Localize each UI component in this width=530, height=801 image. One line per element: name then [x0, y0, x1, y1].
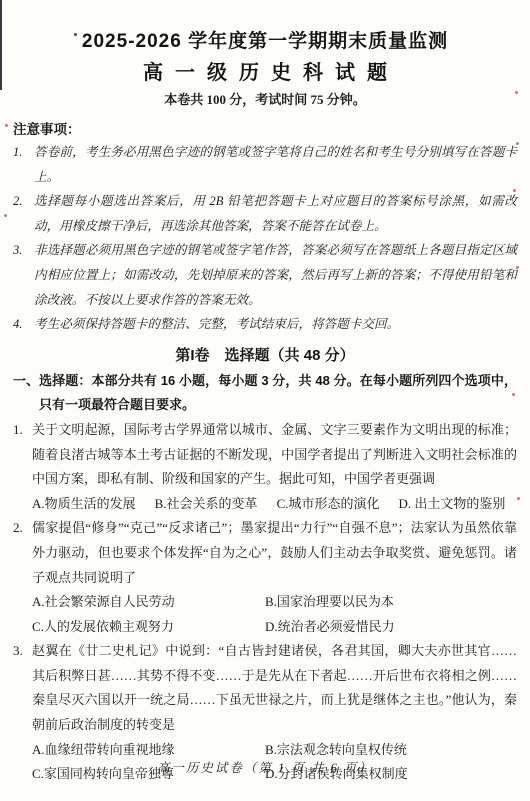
notice-item: 1. 答卷前，考生务必用黑色字迹的钢笔或签字笔将自己的姓名和考生号分别填写在答题… — [13, 140, 517, 189]
notice-item: 3. 非选择题必须用黑色字迹的钢笔或签字笔作答，答案必须写在答题纸上各题目指定区… — [13, 238, 517, 312]
notice-item-text: 非选择题必须用黑色字迹的钢笔或签字笔作答，答案必须写在答题纸上各题目指定区域内相… — [34, 238, 517, 312]
option-b: B.国家治理要以民为本 — [265, 590, 517, 615]
option-d: D. 出土文物的鉴别 — [398, 492, 505, 517]
scan-speck — [516, 142, 519, 145]
option-a: A.物质生活的发展 — [32, 492, 136, 517]
page-footer: 高一历史试卷（第 1 页 共 6 页） — [0, 758, 530, 776]
scan-speck — [74, 33, 77, 36]
scan-edge-line — [0, 0, 2, 90]
option-c: C.城市形态的演化 — [277, 492, 380, 517]
scan-speck — [5, 124, 8, 127]
option-d: D.统治者必须爱惜民力 — [265, 615, 517, 640]
instruction-marker: 一、 — [13, 369, 39, 418]
question-options: A.物质生活的发展 B.社会关系的变革 C.城市形态的演化 D. 出土文物的鉴别 — [32, 492, 517, 517]
notice-heading: 注意事项： — [13, 120, 517, 140]
scan-speck — [517, 497, 520, 500]
option-a: A.社会繁荣源自人民劳动 — [32, 590, 265, 615]
scan-speck — [516, 266, 519, 269]
question-stem: 赵翼在《廿二史札记》中说到：“自古皆封建诸侯，各君其国，卿大夫亦世其官……其后积… — [32, 639, 517, 737]
notice-item: 2. 选择题每小题选出答案后，用 2B 铅笔把答题卡上对应题目的答案标号涂黑，如… — [13, 189, 517, 238]
scan-speck — [515, 91, 518, 94]
exam-title-line1: 2025-2026 学年度第一学期期末质量监测 — [13, 30, 517, 54]
notice-item-number: 3. — [13, 238, 34, 312]
question-2: 2. 儒家提倡“修身”“克己”“反求诸己”；墨家提出“力行”“自强不息”；法家认… — [13, 516, 517, 639]
section1-heading: 第I卷 选择题（共 48 分） — [13, 345, 517, 367]
exam-subtitle: 本卷共 100 分，考试时间 75 分钟。 — [13, 91, 517, 108]
question-body: 儒家提倡“修身”“克己”“反求诸己”；墨家提出“力行”“自强不息”；法家认为虽然… — [32, 516, 517, 639]
question-stem: 关于文明起源，国际考古学界通常以城市、金属、文字三要素作为文明出现的标准；随着良… — [32, 418, 517, 492]
scan-speck — [512, 393, 515, 396]
question-stem: 儒家提倡“修身”“克己”“反求诸己”；墨家提出“力行”“自强不息”；法家认为虽然… — [32, 516, 517, 590]
question-number: 2. — [13, 516, 32, 639]
notice-item-text: 考生必须保持答题卡的整洁、完整，考试结束后，将答题卡交回。 — [34, 312, 517, 337]
option-b: B.社会关系的变革 — [155, 492, 258, 517]
instruction-text: 选择题：本部分共有 16 小题，每小题 3 分，共 48 分。在每小题所列四个选… — [39, 369, 517, 418]
notice-item-text: 答卷前，考生务必用黑色字迹的钢笔或签字笔将自己的姓名和考生号分别填写在答题卡上。 — [34, 140, 517, 189]
notice-item-number: 4. — [13, 312, 34, 337]
scan-speck — [4, 214, 7, 217]
notice-item-number: 1. — [13, 140, 34, 189]
scan-speck — [513, 189, 516, 192]
notice-item: 4. 考生必须保持答题卡的整洁、完整，考试结束后，将答题卡交回。 — [13, 312, 517, 337]
exam-paper-page: 2025-2026 学年度第一学期期末质量监测 高一级历史科试题 本卷共 100… — [0, 0, 530, 801]
question-number: 1. — [13, 418, 32, 516]
question-options: A.社会繁荣源自人民劳动 B.国家治理要以民为本 C.人的发展依赖主观努力 D.… — [32, 590, 517, 639]
exam-title-line2: 高一级历史科试题 — [13, 60, 517, 86]
option-c: C.人的发展依赖主观努力 — [32, 615, 265, 640]
section1-instruction: 一、 选择题：本部分共有 16 小题，每小题 3 分，共 48 分。在每小题所列… — [13, 369, 517, 418]
question-1: 1. 关于文明起源，国际考古学界通常以城市、金属、文字三要素作为文明出现的标准；… — [13, 418, 517, 516]
notice-item-text: 选择题每小题选出答案后，用 2B 铅笔把答题卡上对应题目的答案标号涂黑，如需改动… — [34, 189, 517, 238]
question-body: 关于文明起源，国际考古学界通常以城市、金属、文字三要素作为文明出现的标准；随着良… — [32, 418, 517, 516]
notice-item-number: 2. — [13, 189, 34, 238]
